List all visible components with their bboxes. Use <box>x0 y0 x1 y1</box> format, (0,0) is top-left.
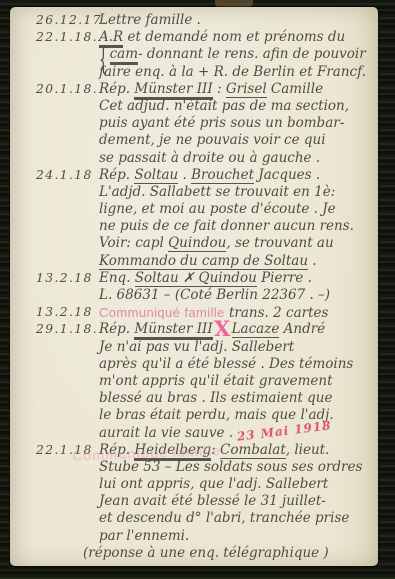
entry-line: A.R et demandé nom et prénoms du <box>99 29 376 46</box>
text-segment: L'adjd. Sallabett se trouvait en 1è: <box>99 184 335 200</box>
text-segment: lui ont appris, que l'adj. Sallebert <box>99 476 328 492</box>
text-segment: - donnant le rens. afin de pouvoir <box>138 46 366 62</box>
entry-date: 29.1.18. <box>36 321 99 441</box>
text-segment: blessé au bras . Ils estimaient que <box>99 390 333 406</box>
entry-line: (réponse à une enq. télégraphique ) <box>99 545 376 562</box>
text-segment: Münster III <box>134 321 212 338</box>
communique-famille-stamp: Communiqué famille <box>99 305 225 320</box>
entry-line: Communiqué famille trans. 2 cartes <box>99 304 376 321</box>
entry-line: {cam- donnant le rens. afin de pouvoir <box>99 46 376 63</box>
text-segment: L. 68631 – (Coté Berlin 22367 . –) <box>99 287 330 303</box>
text-segment: Brouchet <box>191 167 254 184</box>
text-segment: Camille <box>267 81 323 97</box>
text-segment: ligne, et moi au poste d'écoute . Je <box>99 201 336 217</box>
scanned-document: { "card": { "colors": { "paper": "#eae5d… <box>0 0 395 579</box>
entry: 13.2.18Enq. Soltau ✗ Quindou Pierre .L. … <box>36 270 376 304</box>
text-segment: Cet adjud. n'était pas de ma section, <box>99 98 349 114</box>
entry: 13.2.18Communiqué famille trans. 2 carte… <box>36 304 376 321</box>
text-segment: Soltau ✗ Quindou <box>135 270 257 287</box>
entry-date: 13.2.18 <box>36 304 99 321</box>
text-segment: Combalat <box>220 442 286 459</box>
entry-line: Rép. Münster III X Lacaze André <box>99 321 376 338</box>
text-segment: Kommando du camp de Soltau <box>99 253 308 270</box>
entry: 24.1.18Rép. Soltau . Brouchet Jacques .L… <box>36 167 376 270</box>
entry-line: m'ont appris qu'il était gravement <box>99 373 376 390</box>
text-segment: Münster III <box>134 81 212 98</box>
text-segment: Jacques . <box>254 167 320 183</box>
text-segment: m'ont appris qu'il était gravement <box>99 373 333 389</box>
entry-line: ne puis de ce fait donner aucun rens. <box>99 218 376 235</box>
entry-line: ligne, et moi au poste d'écoute . Je <box>99 201 376 218</box>
text-segment: . <box>308 253 317 269</box>
entry-line: faire enq. à la + R. de Berlin et Francf… <box>99 64 376 81</box>
text-segment: Quindou <box>168 235 226 252</box>
text-segment: Rép. <box>99 167 134 183</box>
text-segment: et descendu d° l'abri, tranchée prise <box>99 510 349 526</box>
text-segment: Voir: capl <box>99 235 168 251</box>
text-segment: Rép. <box>99 81 134 97</box>
entry-line: Kommando du camp de Soltau . <box>99 253 376 270</box>
text-segment: Lacaze <box>232 321 280 338</box>
entry-date: 22.1.18. <box>36 29 99 81</box>
entry-line: le bras était perdu, mais que l'adj. <box>99 407 376 424</box>
entry-body: Communiqué famille trans. 2 cartes <box>99 304 376 321</box>
text-segment: et demandé nom et prénoms du <box>123 29 345 45</box>
entry-line: aurait la vie sauve . 23 Mai 1918 <box>99 425 376 442</box>
entry: 22.1.18.A.R et demandé nom et prénoms du… <box>36 29 376 81</box>
text-segment: Grisel <box>226 81 267 98</box>
entry-line: et descendu d° l'abri, tranchée prise <box>99 510 376 527</box>
text-segment: se passait à droite ou à gauche . <box>99 150 320 166</box>
text-segment: après qu'il a été blessé . Des témoins <box>99 356 353 372</box>
text-segment: ne puis de ce fait donner aucun rens. <box>99 218 354 234</box>
entry-body: Lettre famille . <box>99 12 376 29</box>
text-segment: cam <box>110 46 138 63</box>
entry-line: Lettre famille . <box>99 12 376 29</box>
entry-line: Rép. Soltau . Brouchet Jacques . <box>99 167 376 184</box>
entry-line: Stube 53 – Les soldats sous ses ordres <box>99 459 376 476</box>
text-segment: . <box>178 167 191 183</box>
text-segment: (réponse à une enq. télégraphique ) <box>83 545 329 562</box>
pink-x-mark: X <box>214 324 230 334</box>
entry-line: Voir: capl Quindou, se trouvant au <box>99 235 376 252</box>
text-segment: : <box>213 81 226 97</box>
entry-body: Rép. Münster III X Lacaze AndréJe n'ai p… <box>99 321 376 441</box>
text-segment: André <box>279 321 325 337</box>
entry-line: lui ont appris, que l'adj. Sallebert <box>99 476 376 493</box>
card-content: 26.12.17.Lettre famille .22.1.18.A.R et … <box>10 7 378 566</box>
entry-date: 26.12.17. <box>36 12 99 29</box>
brace-mark: { <box>99 42 108 82</box>
text-segment: faire enq. à la + R. de Berlin et Francf… <box>99 64 366 80</box>
entry-line: Cet adjud. n'était pas de ma section, <box>99 98 376 115</box>
entry-line: L. 68631 – (Coté Berlin 22367 . –) <box>99 287 376 304</box>
entry: 20.1.18.Rép. Münster III : Grisel Camill… <box>36 81 376 167</box>
text-segment: Je n'ai pas vu l'adj. Sallebert <box>99 339 294 355</box>
text-segment: puis ayant été pris sous un bombar- <box>99 115 344 131</box>
entry-body: Rép. Soltau . Brouchet Jacques .L'adjd. … <box>99 167 376 270</box>
text-segment: Soltau <box>134 167 178 184</box>
entry-line: après qu'il a été blessé . Des témoins <box>99 356 376 373</box>
entry-line: Rép. Münster III : Grisel Camille <box>99 81 376 98</box>
entry-line: Enq. Soltau ✗ Quindou Pierre . <box>99 270 376 287</box>
entry-line: dement, je ne pouvais voir ce qui <box>99 132 376 149</box>
entry-line: puis ayant été pris sous un bombar- <box>99 115 376 132</box>
entry-line: par l'ennemi. <box>99 528 376 545</box>
entry: 29.1.18.Rép. Münster III X Lacaze AndréJ… <box>36 321 376 441</box>
scan-mat-worn-patch <box>215 0 253 7</box>
text-segment: aurait la vie sauve . <box>99 425 237 441</box>
index-card: 26.12.17.Lettre famille .22.1.18.A.R et … <box>10 7 378 566</box>
entry: 26.12.17.Lettre famille . <box>36 12 376 29</box>
text-segment: trans. 2 cartes <box>225 305 329 321</box>
text-segment: dement, je ne pouvais voir ce qui <box>99 132 326 148</box>
text-segment: Pierre . <box>257 270 312 286</box>
entry-line: Jean avait été blessé le 31 juillet- <box>99 493 376 510</box>
text-segment: Rép. <box>99 321 134 337</box>
text-segment: Jean avait été blessé le 31 juillet- <box>99 493 326 509</box>
text-segment: , se trouvant au <box>226 235 333 251</box>
entry-body: Rép. Münster III : Grisel CamilleCet adj… <box>99 81 376 167</box>
text-segment: Stube 53 – Les soldats sous ses ordres <box>99 459 362 475</box>
entry-date: 20.1.18. <box>36 81 99 167</box>
entry-line: Je n'ai pas vu l'adj. Sallebert <box>99 339 376 356</box>
entry-date: 13.2.18 <box>36 270 99 304</box>
entry-body: Enq. Soltau ✗ Quindou Pierre .L. 68631 –… <box>99 270 376 304</box>
text-segment: Enq. <box>99 270 135 286</box>
entry-body: A.R et demandé nom et prénoms du{cam- do… <box>99 29 376 81</box>
entries: 26.12.17.Lettre famille .22.1.18.A.R et … <box>36 12 376 562</box>
text-segment: Lettre famille . <box>99 12 201 28</box>
entry-line: blessé au bras . Ils estimaient que <box>99 390 376 407</box>
text-segment: , lieut. <box>286 442 330 458</box>
text-segment: par l'ennemi. <box>99 528 189 544</box>
entry-line: se passait à droite ou à gauche . <box>99 150 376 167</box>
entry-date: 24.1.18 <box>36 167 99 270</box>
entry-line: L'adjd. Sallabett se trouvait en 1è: <box>99 184 376 201</box>
